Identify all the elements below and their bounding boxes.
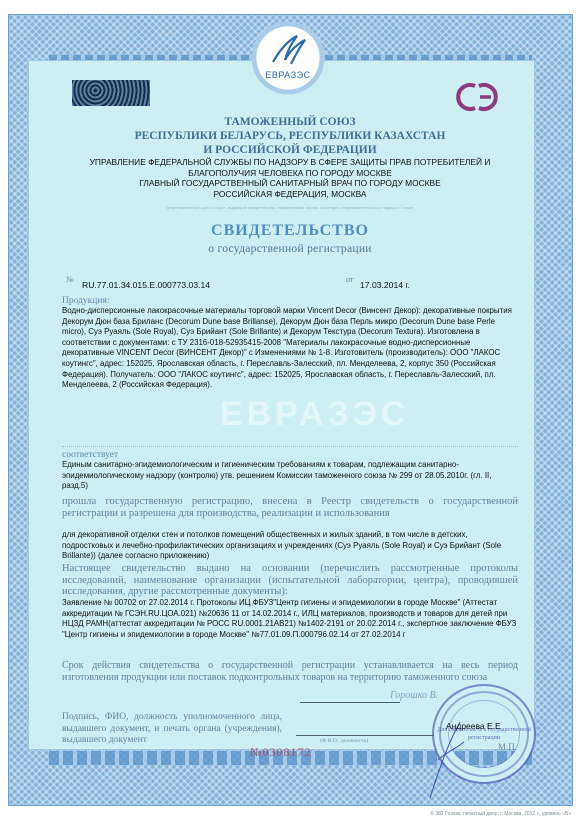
registration-number: RU.77.01.34.015.E.000773.03.14	[82, 280, 210, 290]
product-text: Водно-дисперсионные лакокрасочные матери…	[62, 306, 518, 391]
signature-line-top	[300, 702, 400, 703]
signature-caption: Подпись, ФИО, должность уполномоченного …	[62, 712, 282, 747]
union-line: ТАМОЖЕННЫЙ СОЮЗ	[62, 115, 518, 129]
eurasec-emblem-icon	[269, 32, 309, 66]
union-line: РЕСПУБЛИКИ БЕЛАРУСЬ, РЕСПУБЛИКИ КАЗАХСТА…	[62, 129, 518, 143]
emblem-label: ЕВРАЗЭС	[265, 70, 310, 80]
usage-text: для декоративной отделки стен и потолков…	[62, 530, 518, 562]
signer-name: Андреева Е.Е	[446, 721, 501, 731]
conformity-text: Единым санитарно-эпидемиологическим и ги…	[62, 460, 518, 492]
handwritten-name: Горошко В.	[390, 690, 438, 701]
document-title: СВИДЕТЕЛЬСТВО	[62, 222, 518, 240]
eurasec-emblem: ЕВРАЗЭС	[243, 18, 333, 98]
handwritten-signature-icon	[420, 720, 480, 800]
union-line: И РОССИЙСКОЙ ФЕДЕРАЦИИ	[62, 143, 518, 157]
watermark: ЕВРАЗЭС	[220, 395, 410, 434]
validity-text: Срок действия свидетельства о государств…	[62, 660, 518, 683]
agency-line: РОССИЙСКАЯ ФЕДЕРАЦИЯ, МОСКВА	[50, 189, 530, 200]
date-label: от	[346, 275, 353, 284]
issuing-agency: УПРАВЛЕНИЕ ФЕДЕРАЛЬНОЙ СЛУЖБЫ ПО НАДЗОРУ…	[50, 157, 530, 199]
agency-line: УПРАВЛЕНИЕ ФЕДЕРАЛЬНОЙ СЛУЖБЫ ПО НАДЗОРУ…	[50, 157, 530, 168]
agency-caption: (уполномоченный орган Сторон, выдавший с…	[62, 205, 518, 210]
product-section: Продукция: Водно-дисперсионные лакокрасо…	[62, 296, 518, 391]
serial-number: №0308172	[250, 745, 311, 760]
se-mark-icon	[453, 80, 501, 114]
basis-label: Настоящее свидетельство выдано на основа…	[62, 563, 518, 598]
document-subtitle: о государственной регистрации	[62, 243, 518, 255]
registration-date: 17.03.2014 г.	[360, 280, 410, 290]
registration-line: № RU.77.01.34.015.E.000773.03.14 от 17.0…	[62, 280, 518, 294]
basis-text: Заявление № 00702 от 27.02.2014 г. Прото…	[62, 598, 518, 640]
conformity-section: соответствует Единым санитарно-эпидемиол…	[62, 450, 518, 492]
conformity-label: соответствует	[62, 450, 518, 460]
hologram-sticker	[72, 80, 150, 106]
agency-line: БЛАГОПОЛУЧИЯ ЧЕЛОВЕКА ПО ГОРОДУ МОСКВЕ	[50, 168, 530, 179]
product-label: Продукция:	[62, 296, 518, 306]
union-heading: ТАМОЖЕННЫЙ СОЮЗ РЕСПУБЛИКИ БЕЛАРУСЬ, РЕС…	[62, 115, 518, 157]
agency-line: ГЛАВНЫЙ ГОСУДАРСТВЕННЫЙ САНИТАРНЫЙ ВРАЧ …	[50, 178, 530, 189]
signature-line	[296, 735, 436, 736]
number-label: №	[66, 275, 74, 284]
fio-caption: (Ф.И.О., должность)	[320, 738, 368, 744]
divider	[62, 446, 518, 447]
seal-place-label: М.П.	[498, 742, 517, 752]
registration-passed-text: прошла государственную регистрацию, внес…	[62, 496, 518, 519]
printer-note: © 382 Гознак, печатный двор, г. Москва, …	[430, 811, 571, 817]
